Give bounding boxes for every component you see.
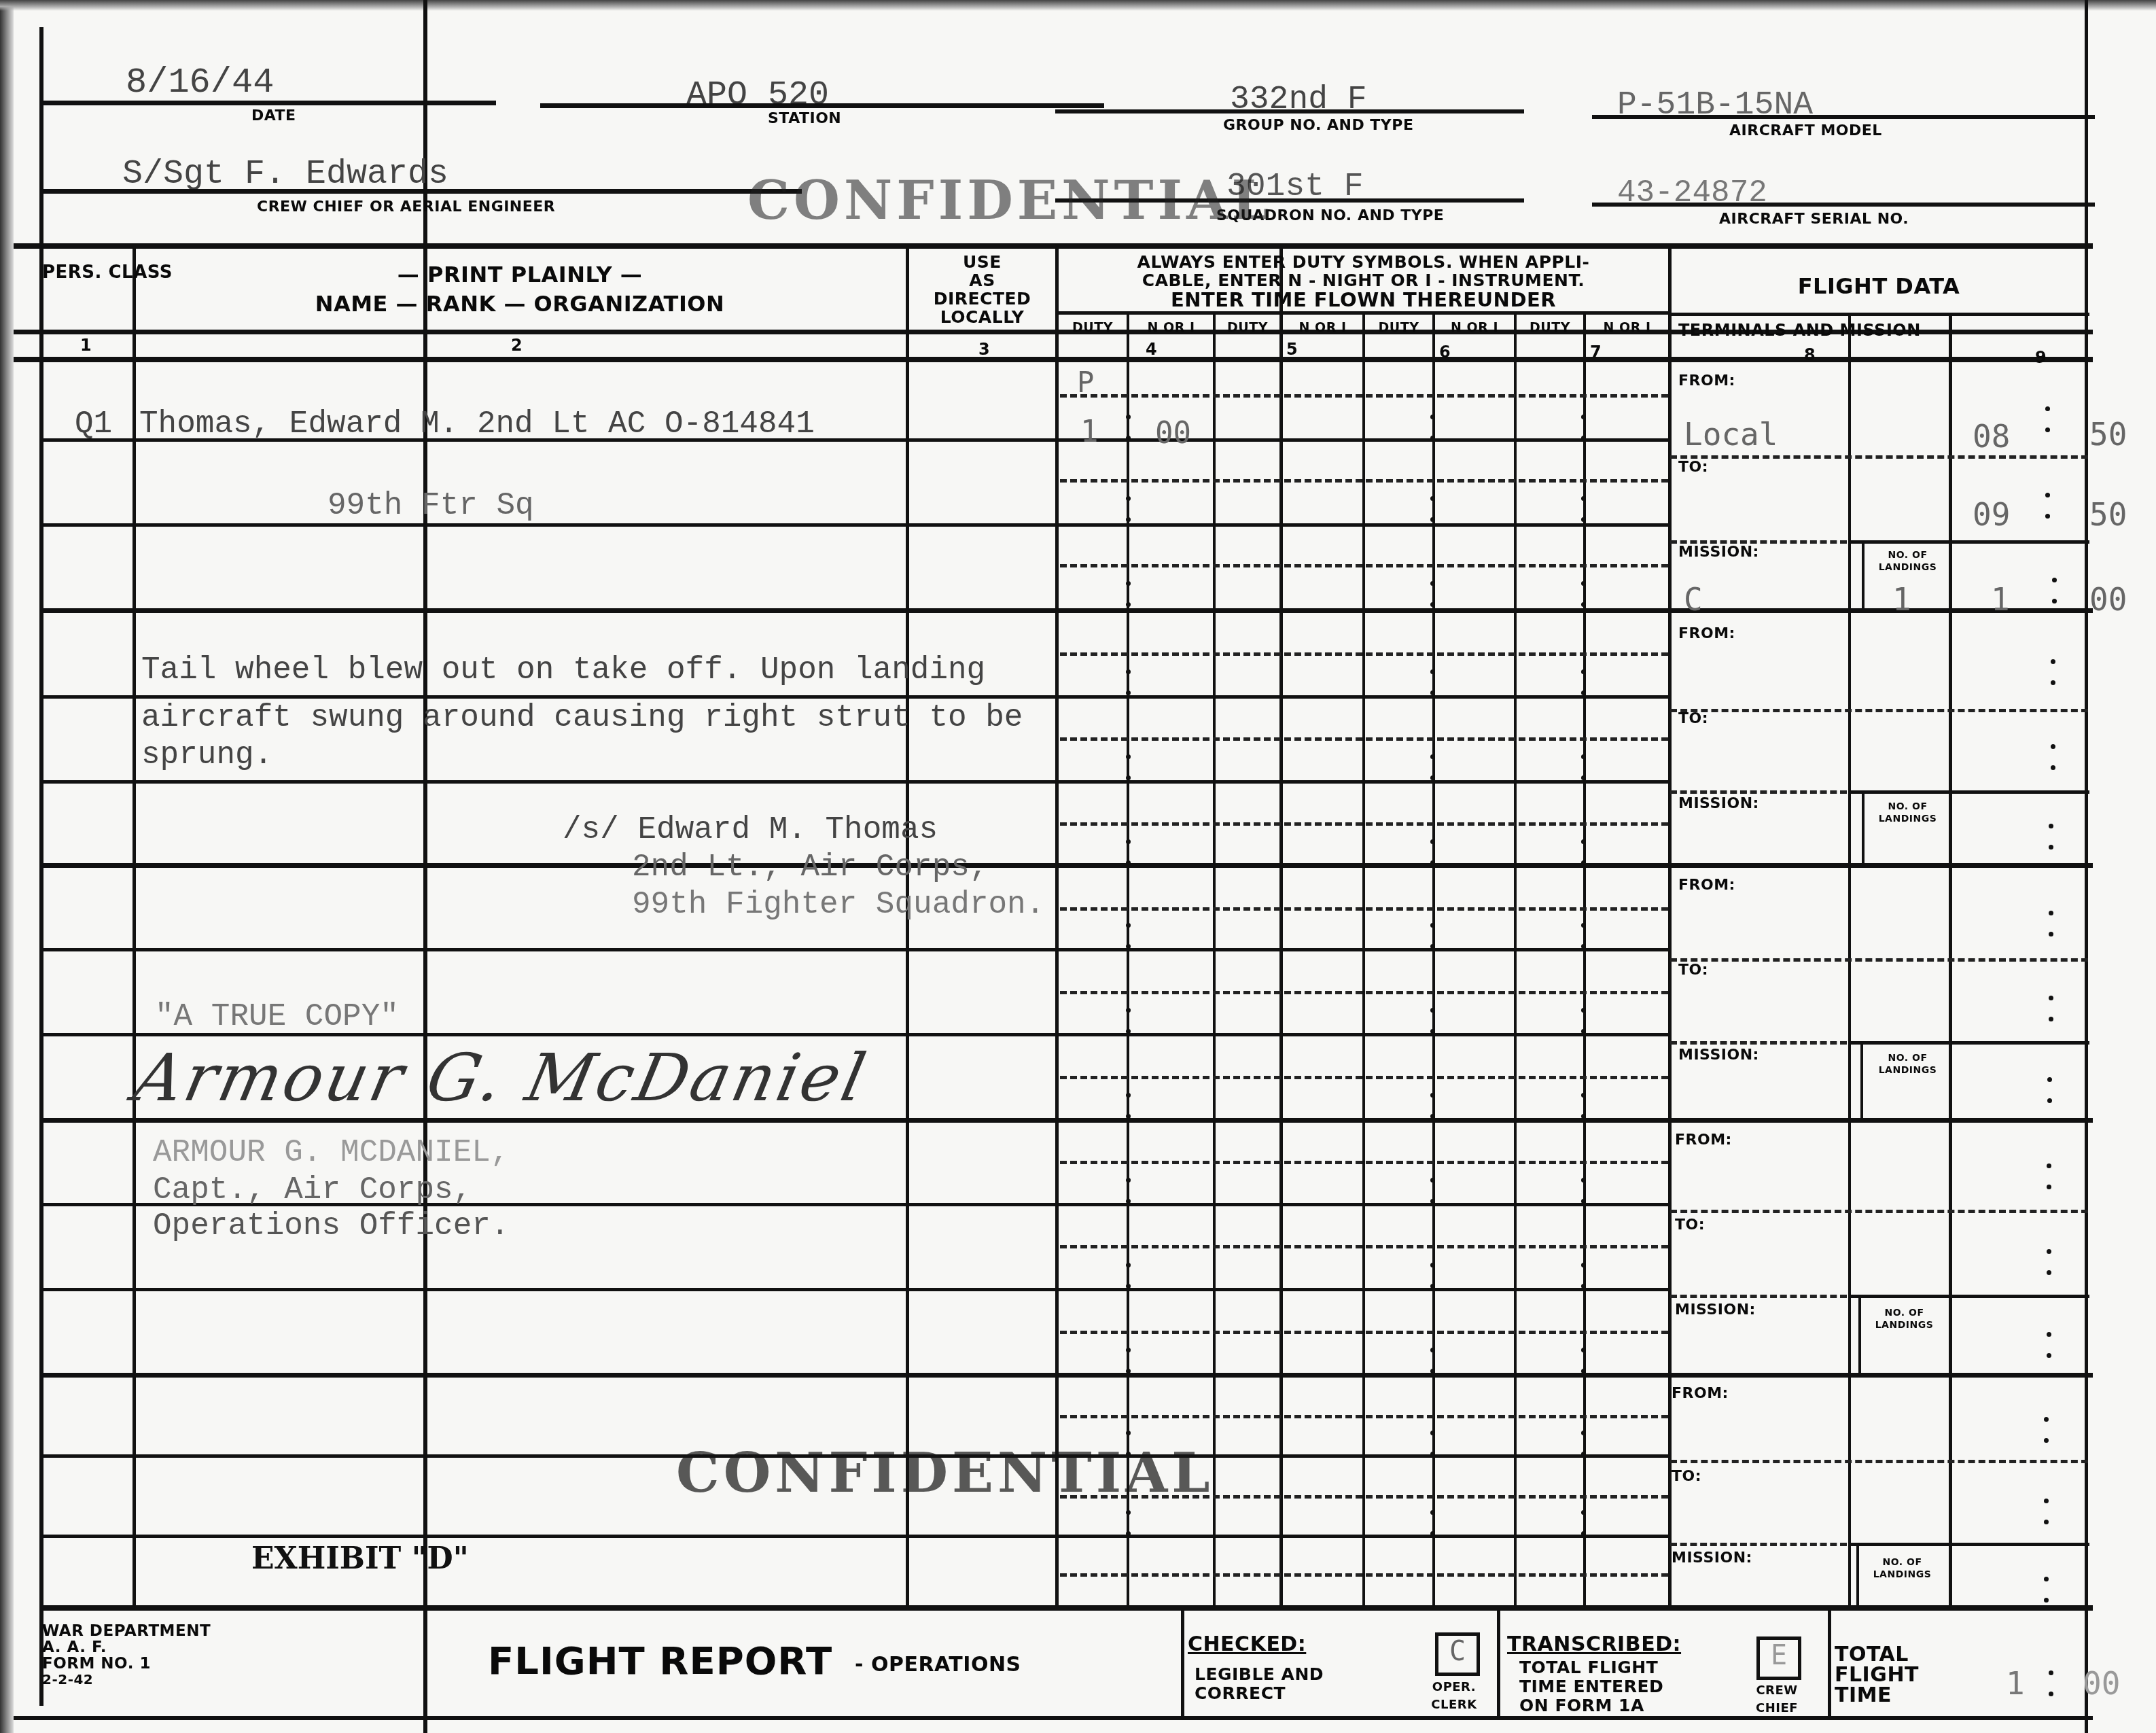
- time-colon: [1430, 415, 1436, 440]
- row-line-thick: [41, 1118, 2093, 1123]
- signature-line: /s/ Edward M. Thomas: [563, 812, 938, 847]
- time-colon: [1581, 1093, 1587, 1119]
- station-underline: [540, 103, 1104, 108]
- landings-label: NO. OFLANDINGS: [1865, 1052, 1950, 1076]
- to-label: TO:: [1678, 710, 1708, 727]
- landings-box-edge: [1860, 1043, 1863, 1119]
- station-value: APO 520: [686, 76, 829, 115]
- time-colon: [2044, 1417, 2049, 1443]
- time-colon: [1126, 923, 1131, 949]
- time-colon: [1581, 1008, 1587, 1034]
- aircraft-serial-label: AIRCRAFT SERIAL NO.: [1719, 211, 1909, 228]
- depart-minutes: 50: [2089, 416, 2127, 453]
- time-colon: [1430, 1263, 1436, 1289]
- time-colon: [1126, 581, 1131, 607]
- row-line-thick: [41, 608, 2093, 613]
- row-line-thick: [41, 863, 2093, 868]
- flight-dashed-divider: [1670, 958, 2088, 962]
- total-label-line: FLIGHT: [1835, 1665, 1919, 1685]
- landings-label-line: LANDINGS: [1865, 1064, 1950, 1076]
- date-value: 8/16/44: [126, 63, 274, 103]
- to-label: TO:: [1678, 962, 1708, 979]
- header-line: LOCALLY: [909, 308, 1055, 326]
- certifier-line: ARMOUR G. MCDANIEL,: [153, 1135, 510, 1170]
- form-id-line: WAR DEPARTMENT: [42, 1623, 211, 1639]
- time-colon: [2049, 824, 2054, 850]
- group-underline: [1055, 109, 1524, 113]
- time-colon: [1430, 496, 1436, 522]
- duty-symbol-value: P: [1077, 366, 1094, 399]
- flight-dashed-divider: [1670, 1543, 1847, 1546]
- from-label: FROM:: [1672, 1385, 1729, 1402]
- time-colon: [1430, 839, 1436, 865]
- dashed-divider: [1060, 1331, 1668, 1334]
- confidential-stamp-lower: CONFIDENTIAL: [676, 1441, 1214, 1505]
- to-label: TO:: [1678, 459, 1708, 476]
- duty-subheader: DUTY: [1365, 320, 1432, 335]
- duty-minutes-value: 00: [1155, 416, 1191, 451]
- role-line: CREW: [1746, 1682, 1807, 1700]
- row-line: [41, 780, 1672, 784]
- crew-chief-value: S/Sgt F. Edwards: [122, 155, 448, 194]
- total-label-line: TIME: [1835, 1685, 1919, 1706]
- mission-value: C: [1684, 581, 1703, 618]
- column-number: 9: [2035, 348, 2047, 367]
- landings-label-line: NO. OF: [1865, 801, 1950, 813]
- time-colon: [2047, 1163, 2052, 1189]
- time-colon: [1581, 923, 1587, 949]
- duty-subcol: [1279, 245, 1283, 1607]
- confidential-stamp: CONFIDENTIAL: [747, 170, 1273, 232]
- certifier-line: Capt., Air Corps,: [153, 1172, 472, 1208]
- aircraft-model-underline: [1592, 115, 2095, 119]
- flight-dashed-divider: [1670, 455, 2088, 459]
- n-or-i-subheader: N OR I: [1586, 320, 1668, 335]
- crew-chief-initial: E: [1771, 1640, 1787, 1671]
- terminals-mission-header: TERMINALS AND MISSION: [1678, 321, 1921, 340]
- time-colon: [1430, 1178, 1436, 1204]
- arrive-minutes: 50: [2089, 496, 2127, 533]
- transcribed-text-line: ON FORM 1A: [1519, 1696, 1663, 1715]
- form-id-line: A. A. F.: [42, 1639, 211, 1656]
- time-colon: [2049, 911, 2054, 936]
- dashed-divider: [1060, 652, 1668, 656]
- use-locally-header: USE AS DIRECTED LOCALLY: [909, 253, 1055, 326]
- handwritten-signature: Armour G. McDaniel: [128, 1040, 874, 1116]
- signature-line: 2nd Lt., Air Corps,: [632, 850, 989, 885]
- mission-label: MISSION:: [1675, 1301, 1756, 1318]
- row-line: [41, 1288, 1672, 1291]
- time-colon: [2045, 406, 2051, 432]
- row-line: [41, 695, 1672, 699]
- col-2-divider: [906, 245, 909, 1607]
- flight-dashed-divider: [1670, 1041, 1847, 1045]
- flight-data-subheader-line: [1668, 313, 2089, 316]
- time-colon: [1581, 415, 1587, 440]
- n-or-i-subheader: N OR I: [1435, 320, 1514, 335]
- crew-chief-label: CREW CHIEF OR AERIAL ENGINEER: [257, 198, 555, 215]
- footer-divider: [1828, 1608, 1831, 1717]
- time-colon: [1430, 923, 1436, 949]
- time-colon: [2049, 1670, 2054, 1696]
- time-colon: [1581, 1348, 1587, 1373]
- column-number: 7: [1590, 343, 1602, 362]
- header-line: USE: [909, 253, 1055, 271]
- landings-box-edge: [1862, 542, 1865, 610]
- mission-label: MISSION:: [1678, 544, 1759, 561]
- flight-divider: [1848, 540, 2089, 544]
- time-colon: [1430, 581, 1436, 607]
- crew-chief-underline: [41, 189, 802, 194]
- checked-text-line: CORRECT: [1195, 1684, 1324, 1703]
- scan-shadow: [0, 0, 2156, 11]
- crew-organization-value: 99th Ftr Sq: [328, 488, 534, 523]
- duty-subheader: DUTY: [1517, 320, 1583, 335]
- landings-box-edge: [1856, 1544, 1859, 1607]
- crew-chief-role-label: CREWCHIEF: [1746, 1682, 1807, 1717]
- certifier-line: Operations Officer.: [153, 1208, 510, 1244]
- station-label: STATION: [768, 110, 841, 127]
- time-colon: [1581, 1431, 1587, 1456]
- exhibit-label: EXHIBIT "D": [251, 1541, 469, 1576]
- scan-edge: [0, 0, 14, 1733]
- to-label: TO:: [1672, 1468, 1701, 1485]
- to-label: TO:: [1675, 1216, 1705, 1233]
- oper-clerk-initial: C: [1449, 1636, 1466, 1667]
- transcribed-text: TOTAL FLIGHTTIME ENTEREDON FORM 1A: [1519, 1658, 1663, 1715]
- header-line: ALWAYS ENTER DUTY SYMBOLS. WHEN APPLI-: [1059, 253, 1668, 271]
- time-colon: [2052, 578, 2057, 603]
- total-label-line: TOTAL: [1835, 1645, 1919, 1665]
- time-colon: [1581, 1263, 1587, 1289]
- flight-divider: [1848, 1295, 2089, 1298]
- transcribed-text-line: TOTAL FLIGHT: [1519, 1658, 1663, 1677]
- time-colon: [1126, 1093, 1131, 1119]
- duty-subheader: DUTY: [1216, 320, 1279, 335]
- duty-instructions-header: ALWAYS ENTER DUTY SYMBOLS. WHEN APPLI- C…: [1059, 253, 1668, 310]
- landings-label: NO. OFLANDINGS: [1860, 1556, 1945, 1581]
- table-top-border: [14, 243, 2093, 249]
- landings-value: 1: [1892, 581, 1911, 618]
- form-id-line: FORM NO. 1: [42, 1656, 211, 1672]
- flight-time-hours: 1: [1991, 581, 2010, 618]
- row-line: [41, 1535, 1672, 1538]
- flight-divider: [1848, 790, 2089, 794]
- time-colon: [1581, 754, 1587, 780]
- flight-dashed-divider: [1670, 709, 2088, 712]
- time-colon: [2051, 659, 2056, 685]
- time-colon: [1581, 1510, 1587, 1536]
- column-number: 1: [80, 336, 92, 355]
- time-colon: [2047, 1332, 2052, 1358]
- form-subtitle: - OPERATIONS: [855, 1653, 1021, 1677]
- duty-subheader: DUTY: [1059, 320, 1127, 335]
- time-colon: [2049, 996, 2054, 1021]
- time-colon: [1581, 669, 1587, 695]
- role-line: CHIEF: [1746, 1700, 1807, 1717]
- header-line: AS: [909, 271, 1055, 290]
- aircraft-model-label: AIRCRAFT MODEL: [1729, 122, 1882, 139]
- flight-dashed-divider: [1670, 1460, 2088, 1463]
- total-flight-time-label: TOTALFLIGHTTIME: [1835, 1645, 1919, 1706]
- dashed-divider: [1060, 564, 1668, 567]
- from-label: FROM:: [1675, 1132, 1732, 1149]
- time-colon: [1581, 1178, 1587, 1204]
- landings-label-line: LANDINGS: [1865, 561, 1950, 574]
- column-number: 4: [1146, 340, 1157, 359]
- footer-divider: [1181, 1608, 1184, 1717]
- landings-box-edge: [1858, 1296, 1861, 1374]
- dashed-divider: [1060, 1573, 1668, 1577]
- landings-label-line: LANDINGS: [1865, 813, 1950, 825]
- column-number: 3: [978, 340, 990, 359]
- landings-label-line: NO. OF: [1862, 1307, 1947, 1319]
- duty-subheader-line: [1055, 311, 1670, 315]
- pers-class-value: Q1: [75, 406, 112, 442]
- from-label: FROM:: [1678, 372, 1735, 389]
- column-number: 6: [1439, 343, 1451, 362]
- header-line: ENTER TIME FLOWN THEREUNDER: [1059, 290, 1668, 310]
- dashed-divider: [1060, 1076, 1668, 1079]
- duty-subcol: [1213, 313, 1216, 1607]
- time-colon: [1430, 1093, 1436, 1119]
- transcribed-heading: TRANSCRIBED:: [1507, 1632, 1681, 1656]
- flight-dashed-divider: [1670, 790, 1847, 794]
- checked-heading: CHECKED:: [1188, 1632, 1306, 1656]
- column-number: 2: [511, 336, 523, 355]
- n-or-i-subheader: N OR I: [1283, 320, 1362, 335]
- flight-dashed-divider: [1670, 1295, 1847, 1298]
- checked-text: LEGIBLE ANDCORRECT: [1195, 1665, 1324, 1703]
- landings-label-line: NO. OF: [1865, 549, 1950, 561]
- time-colon: [2045, 493, 2051, 519]
- print-plainly-header: — PRINT PLAINLY —: [136, 262, 904, 287]
- time-colon: [1126, 754, 1131, 780]
- col-7-divider: [1668, 245, 1672, 1607]
- landings-label: NO. OFLANDINGS: [1865, 801, 1950, 825]
- n-or-i-subheader: N OR I: [1129, 320, 1213, 335]
- header-bottom-border: [14, 357, 2093, 362]
- date-label: DATE: [251, 107, 296, 124]
- total-minutes: 00: [2083, 1665, 2120, 1702]
- total-hours: 1: [2006, 1665, 2025, 1702]
- time-colon: [1126, 415, 1131, 440]
- flight-data-header: FLIGHT DATA: [1672, 273, 2086, 299]
- remarks-line: Tail wheel blew out on take off. Upon la…: [141, 652, 985, 688]
- time-colon: [2044, 1499, 2049, 1524]
- footer-divider: [1497, 1608, 1500, 1717]
- landings-label-line: NO. OF: [1860, 1556, 1945, 1569]
- column-number: 5: [1286, 340, 1298, 359]
- time-colon: [1126, 1263, 1131, 1289]
- form-title: FLIGHT REPORT: [488, 1639, 832, 1683]
- col-3-divider: [1055, 245, 1059, 1607]
- from-label: FROM:: [1678, 625, 1735, 642]
- mission-label: MISSION:: [1672, 1550, 1752, 1566]
- dashed-divider: [1060, 991, 1668, 994]
- time-colon: [2047, 1077, 2053, 1103]
- time-colon: [1126, 669, 1131, 695]
- time-colon: [1126, 839, 1131, 865]
- mission-label: MISSION:: [1678, 1047, 1759, 1064]
- transcribed-text-line: TIME ENTERED: [1519, 1677, 1663, 1696]
- landings-label: NO. OFLANDINGS: [1865, 549, 1950, 574]
- time-colon: [1430, 1348, 1436, 1373]
- group-label: GROUP NO. AND TYPE: [1223, 117, 1413, 134]
- flight-divider: [1848, 1543, 2089, 1546]
- landings-label-line: LANDINGS: [1862, 1319, 1947, 1331]
- form-identifier: WAR DEPARTMENT A. A. F. FORM NO. 1 2-2-4…: [42, 1623, 211, 1687]
- from-value: Local: [1684, 416, 1778, 453]
- crew-chief-initial-box[interactable]: E: [1756, 1636, 1801, 1680]
- dashed-divider: [1060, 394, 1668, 398]
- aircraft-serial-underline: [1592, 203, 2095, 207]
- time-colon: [1126, 1348, 1131, 1373]
- dashed-divider: [1060, 907, 1668, 911]
- true-copy-text: "A TRUE COPY": [155, 999, 399, 1034]
- signature-line: 99th Fighter Squadron.: [632, 887, 1044, 922]
- arrive-hours: 09: [1973, 496, 2010, 533]
- pers-class-header: PERS. CLASS: [42, 264, 130, 281]
- remarks-line: sprung.: [141, 737, 272, 773]
- flight-time-minutes: 00: [2089, 581, 2127, 618]
- time-colon: [2044, 1577, 2049, 1603]
- duty-subcol: [1362, 313, 1365, 1607]
- row-line-thick: [41, 1373, 2093, 1378]
- duty-subcol: [1514, 313, 1517, 1607]
- landings-box-edge: [1862, 792, 1865, 864]
- dashed-divider: [1060, 737, 1668, 741]
- dashed-divider: [1060, 1245, 1668, 1248]
- flight-divider: [1848, 1041, 2089, 1045]
- row-line: [41, 948, 1672, 951]
- role-line: OPER.: [1424, 1679, 1485, 1696]
- time-colon: [1430, 669, 1436, 695]
- time-colon: [1581, 839, 1587, 865]
- landings-label-line: LANDINGS: [1860, 1569, 1945, 1581]
- name-rank-org-header: NAME — RANK — ORGANIZATION: [136, 291, 904, 317]
- header-line: CABLE, ENTER N - NIGHT OR I - INSTRUMENT…: [1059, 271, 1668, 290]
- mission-label: MISSION:: [1678, 795, 1759, 812]
- checked-text-line: LEGIBLE AND: [1195, 1665, 1324, 1684]
- depart-hours: 08: [1973, 418, 2010, 455]
- landings-label-line: NO. OF: [1865, 1052, 1950, 1064]
- crew-name-value: Thomas, Edward M. 2nd Lt AC O-814841: [139, 406, 815, 442]
- duty-hours-value: 1: [1080, 415, 1099, 449]
- time-colon: [1581, 581, 1587, 607]
- from-label: FROM:: [1678, 877, 1735, 894]
- landings-label: NO. OFLANDINGS: [1862, 1307, 1947, 1331]
- time-colon: [1126, 1008, 1131, 1034]
- role-line: CLERK: [1424, 1696, 1485, 1714]
- time-colon: [1126, 1178, 1131, 1204]
- dashed-divider: [1060, 822, 1668, 826]
- time-colon: [1430, 1510, 1436, 1536]
- row-line: [41, 523, 1672, 527]
- time-colon: [1430, 1431, 1436, 1456]
- remarks-line: aircraft swung around causing right stru…: [141, 700, 1023, 735]
- oper-clerk-label: OPER.CLERK: [1424, 1679, 1485, 1714]
- time-colon: [1126, 496, 1131, 522]
- column-number: 8: [1804, 345, 1816, 364]
- date-underline: [41, 101, 496, 105]
- oper-clerk-initial-box[interactable]: C: [1435, 1632, 1480, 1676]
- time-colon: [2047, 1249, 2052, 1275]
- dashed-divider: [1060, 479, 1668, 483]
- time-colon: [2051, 744, 2056, 770]
- dashed-divider: [1060, 1415, 1668, 1418]
- time-colon: [1430, 754, 1436, 780]
- time-colon: [1430, 1008, 1436, 1034]
- dashed-divider: [1060, 1161, 1668, 1164]
- time-colon: [1581, 496, 1587, 522]
- col-1-divider: [132, 245, 136, 1607]
- table-bottom-border: [41, 1605, 2093, 1611]
- flight-dashed-divider: [1670, 1210, 2088, 1213]
- time-colon: [1126, 1510, 1131, 1536]
- header-line: DIRECTED: [909, 290, 1055, 308]
- form-id-line: 2-2-42: [42, 1672, 211, 1687]
